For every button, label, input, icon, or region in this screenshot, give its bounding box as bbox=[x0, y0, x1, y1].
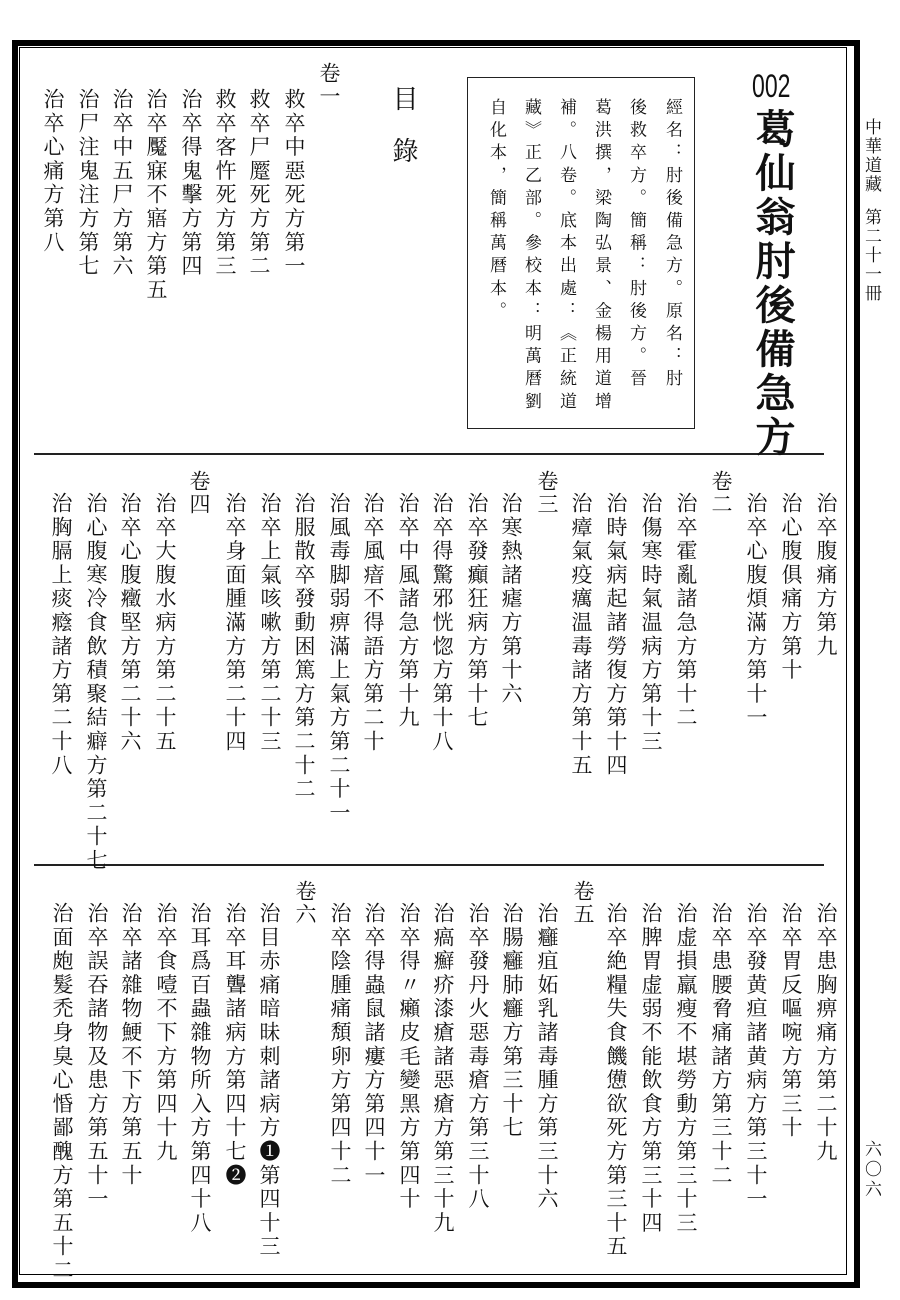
toc-entry: 救卒尸蹷死方第二 bbox=[248, 88, 269, 278]
toc-entry: 治耳爲百蟲雜物所入方第四十八 bbox=[189, 902, 210, 1235]
toc-entry: 治腸癰肺癰方第三十七 bbox=[501, 902, 522, 1140]
toc-entry: 治卒霍亂諸急方第十二 bbox=[675, 492, 696, 730]
toc-entry: 治傷寒時氣温病方第十三 bbox=[640, 492, 661, 754]
toc-entry: 治卒腹痛方第九 bbox=[815, 492, 836, 659]
juan-label: 卷二 bbox=[710, 470, 731, 516]
contents-heading: 目錄 bbox=[390, 85, 416, 189]
collection-name: 中華道藏 bbox=[861, 118, 881, 194]
juan-label: 卷五 bbox=[572, 880, 593, 926]
toc-entry: 治卒中五尸方第六 bbox=[111, 88, 132, 278]
info-line: 自化本，簡稱萬曆本。 bbox=[487, 98, 504, 324]
info-line: 後救卒方。簡稱：肘後方。晉 bbox=[627, 98, 644, 392]
toc-entry: 治心腹寒冷食飲積聚結癖方第二十七 bbox=[85, 492, 106, 873]
toc-entry: 治尸注鬼注方第七 bbox=[77, 88, 98, 278]
toc-entry: 治卒魘寐不寤方第五 bbox=[145, 88, 166, 302]
toc-entry: 治脾胃虚弱不能飲食方第三十四 bbox=[640, 902, 661, 1235]
band-divider bbox=[34, 453, 824, 455]
toc-entry: 治卒心痛方第八 bbox=[42, 88, 63, 255]
toc-entry: 治卒發丹火惡毒瘡方第三十八 bbox=[467, 902, 488, 1211]
toc-entry: 治瘴氣疫癘温毒諸方第十五 bbox=[570, 492, 591, 778]
juan-label: 卷三 bbox=[536, 470, 557, 516]
toc-entry: 治卒患胸痹痛方第二十九 bbox=[815, 902, 836, 1164]
juan-label: 卷一 bbox=[318, 62, 339, 108]
toc-entry: 救卒中惡死方第一 bbox=[283, 88, 304, 278]
toc-entry: 治卒胃反嘔啘方第三十 bbox=[780, 902, 801, 1140]
toc-entry: 治服散卒發動困篤方第二十二 bbox=[293, 492, 314, 801]
info-line: 藏》正乙部。參校本：明萬曆劉 bbox=[522, 98, 539, 414]
work-title: 葛仙翁肘後備急方 bbox=[752, 108, 792, 460]
toc-entry: 治卒誤吞諸物及患方第五十一 bbox=[86, 902, 107, 1211]
toc-entry: 治卒得鬼擊方第四 bbox=[180, 88, 201, 278]
page-number: 六〇六 bbox=[862, 1140, 879, 1200]
toc-entry: 治卒心腹癥堅方第二十六 bbox=[119, 492, 140, 754]
toc-entry: 治卒發癲狂病方第十七 bbox=[466, 492, 487, 730]
toc-entry: 治卒身面腫滿方第二十四 bbox=[224, 492, 245, 754]
toc-entry: 治胸膈上痰癊諸方第二十八 bbox=[50, 492, 71, 778]
info-line: 葛洪撰，梁陶弘景、金楊用道增 bbox=[592, 98, 609, 414]
toc-entry: 治卒得蟲鼠諸瘻方第四十一 bbox=[363, 902, 384, 1188]
band-divider bbox=[34, 864, 824, 866]
toc-entry: 治卒耳聾諸病方第四十七❷ bbox=[224, 902, 245, 1188]
juan-label: 卷四 bbox=[188, 470, 209, 516]
toc-entry: 治寒熱諸瘧方第十六 bbox=[500, 492, 521, 706]
toc-entry: 治卒患腰脅痛諸方第三十二 bbox=[710, 902, 731, 1188]
toc-entry: 治目赤痛暗昧刺諸病方❶第四十三 bbox=[258, 902, 279, 1259]
bibliographic-info-box: 經名：肘後備急方。原名：肘 後救卒方。簡稱：肘後方。晉 葛洪撰，梁陶弘景、金楊用… bbox=[467, 77, 695, 429]
toc-entry: 治卒陰腫痛頽卵方第四十二 bbox=[329, 902, 350, 1188]
toc-entry: 治面皰髮禿身臭心惛鄙醜方第五十二 bbox=[51, 902, 72, 1283]
volume-label: 第二十一冊 bbox=[861, 208, 881, 303]
info-line: 補。八卷。底本出處：《正統道 bbox=[557, 98, 574, 414]
toc-entry: 治卒心腹煩滿方第十一 bbox=[745, 492, 766, 730]
toc-entry: 治瘑癬疥漆瘡諸惡瘡方第三十九 bbox=[432, 902, 453, 1235]
running-header: 中華道藏第二十一冊 bbox=[862, 118, 879, 303]
toc-entry: 治卒絶糧失食饑憊欲死方第三十五 bbox=[605, 902, 626, 1259]
toc-entry: 治卒得〃癩皮毛變黑方第四十 bbox=[398, 902, 419, 1211]
toc-entry: 治心腹俱痛方第十 bbox=[780, 492, 801, 682]
toc-entry: 治卒食噎不下方第四十九 bbox=[155, 902, 176, 1164]
juan-label: 卷六 bbox=[294, 880, 315, 926]
toc-entry: 治卒大腹水病方第二十五 bbox=[154, 492, 175, 754]
toc-entry: 治卒中風諸急方第十九 bbox=[397, 492, 418, 730]
toc-entry: 治卒諸雜物鯁不下方第五十 bbox=[120, 902, 141, 1188]
toc-entry: 治風毒脚弱痹滿上氣方第二十一 bbox=[328, 492, 349, 825]
toc-entry: 治虚損羸瘦不堪勞動方第三十三 bbox=[675, 902, 696, 1235]
toc-entry: 治癰疽妬乳諸毒腫方第三十六 bbox=[536, 902, 557, 1211]
toc-entry: 治卒發黄疸諸黄病方第三十一 bbox=[745, 902, 766, 1211]
toc-entry: 治時氣病起諸勞復方第十四 bbox=[605, 492, 626, 778]
info-line: 經名：肘後備急方。原名：肘 bbox=[663, 98, 680, 392]
text-code: 002 bbox=[752, 68, 790, 105]
toc-entry: 治卒風瘖不得語方第二十 bbox=[362, 492, 383, 754]
toc-entry: 治卒得驚邪恍惚方第十八 bbox=[431, 492, 452, 754]
toc-entry: 救卒客忤死方第三 bbox=[214, 88, 235, 278]
toc-entry: 治卒上氣咳嗽方第二十三 bbox=[259, 492, 280, 754]
